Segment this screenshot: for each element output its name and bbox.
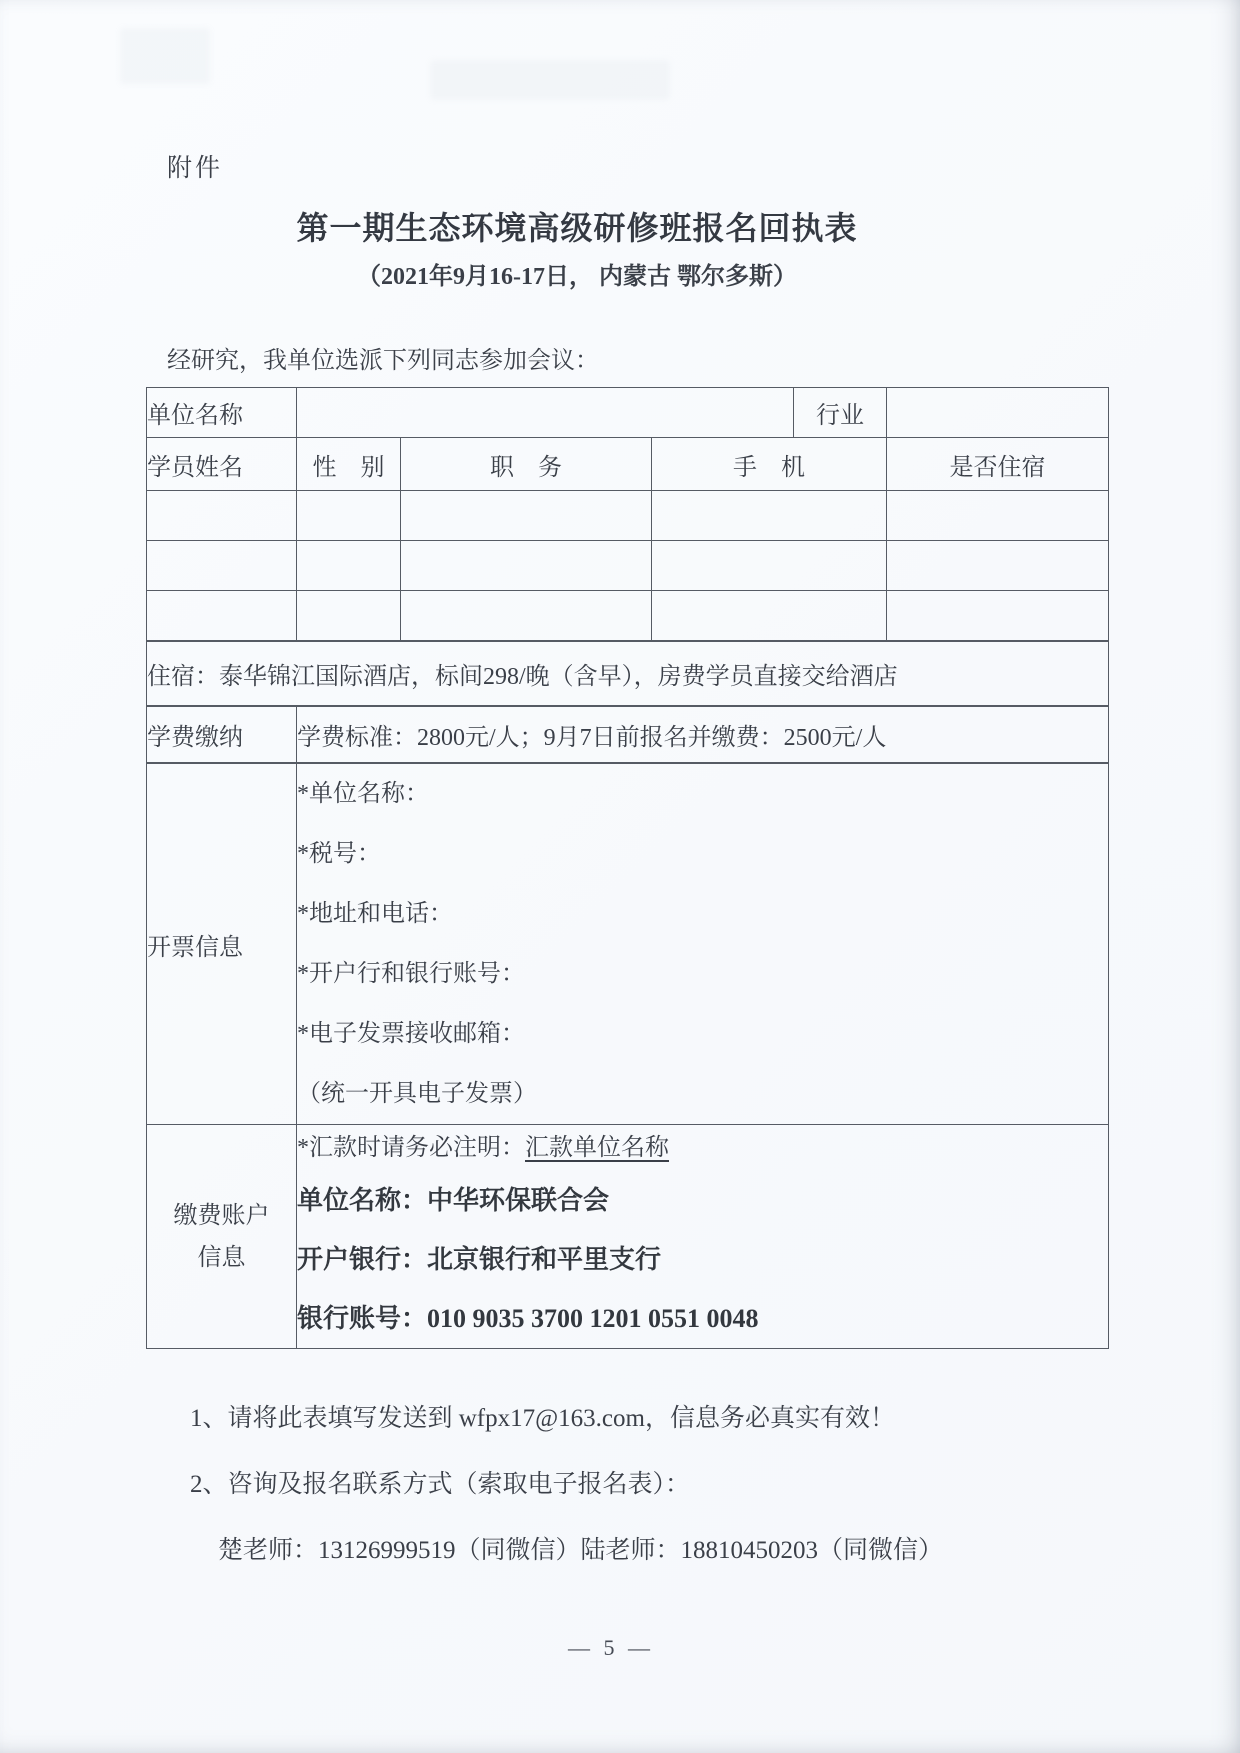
industry-label: 行业 xyxy=(794,388,887,438)
payee-bank: 开户银行：北京银行和平里支行 xyxy=(297,1230,1108,1289)
scan-bleedthrough-artifact xyxy=(430,60,670,100)
invoice-field-address-phone: *地址和电话： xyxy=(297,884,1108,944)
empty-cell xyxy=(401,541,652,591)
payment-account-details-cell: *汇款时请务必注明：汇款单位名称 单位名称：中华环保联合会 开户银行：北京银行和… xyxy=(297,1125,1109,1349)
unit-name-label: 单位名称 xyxy=(147,388,297,438)
invoice-fields-cell: *单位名称： *税号： *地址和电话： *开户行和银行账号： *电子发票接收邮箱… xyxy=(297,763,1109,1125)
note-contact-intro: 2、咨询及报名联系方式（索取电子报名表）： xyxy=(190,1471,1110,1499)
empty-cell xyxy=(652,591,887,642)
remittance-note: *汇款时请务必注明：汇款单位名称 xyxy=(297,1125,1108,1171)
empty-cell xyxy=(297,491,401,541)
empty-cell xyxy=(147,541,297,591)
unit-name-value-cell xyxy=(297,388,794,438)
roster-empty-row xyxy=(147,541,1109,591)
empty-cell xyxy=(887,541,1109,591)
payment-account-label-line2: 信息 xyxy=(147,1237,296,1279)
empty-cell xyxy=(887,491,1109,541)
empty-cell xyxy=(401,591,652,642)
invoice-field-unit-name: *单位名称： xyxy=(297,764,1108,824)
payee-unit-name: 单位名称：中华环保联合会 xyxy=(297,1171,1108,1230)
header-trainee-name: 学员姓名 xyxy=(147,438,297,491)
invoice-field-bank-account: *开户行和银行账号： xyxy=(297,944,1108,1004)
attachment-label: 附件 xyxy=(167,148,223,184)
note-send-form: 1、请将此表填写发送到 wfpx17@163.com，信息务必真实有效！ xyxy=(190,1405,1110,1433)
footer-notes: 1、请将此表填写发送到 wfpx17@163.com，信息务必真实有效！ 2、咨… xyxy=(190,1405,1110,1603)
page-number: — 5 — xyxy=(130,1635,1092,1661)
unit-name-row: 单位名称 行业 xyxy=(147,388,1109,438)
empty-cell xyxy=(147,591,297,642)
empty-cell xyxy=(652,541,887,591)
payee-account-number: 银行账号：010 9035 3700 1201 0551 0048 xyxy=(297,1289,1108,1348)
payment-account-row: 缴费账户 信息 *汇款时请务必注明：汇款单位名称 单位名称：中华环保联合会 开户… xyxy=(147,1125,1109,1349)
note-contact-teachers: 楚老师：13126999519（同微信）陆老师：18810450203（同微信） xyxy=(218,1537,1110,1565)
lodging-info: 住宿：泰华锦江国际酒店，标间298/晚（含早），房费学员直接交给酒店 xyxy=(147,641,1109,706)
invoice-note-electronic: （统一开具电子发票） xyxy=(297,1064,1108,1124)
tuition-row: 学费缴纳 学费标准：2800元/人；9月7日前报名并缴费：2500元/人 xyxy=(147,706,1109,763)
roster-empty-row xyxy=(147,591,1109,642)
tuition-label: 学费缴纳 xyxy=(147,706,297,763)
header-gender: 性 别 xyxy=(297,438,401,491)
roster-header-row: 学员姓名 性 别 职 务 手 机 是否住宿 xyxy=(147,438,1109,491)
empty-cell xyxy=(887,591,1109,642)
scan-bleedthrough-artifact xyxy=(120,28,210,84)
payment-account-label: 缴费账户 信息 xyxy=(147,1125,297,1349)
header-mobile: 手 机 xyxy=(652,438,887,491)
invoice-field-email: *电子发票接收邮箱： xyxy=(297,1004,1108,1064)
scanned-document-page: { "document": { "attachment_label": "附件"… xyxy=(0,0,1240,1753)
tuition-info: 学费标准：2800元/人；9月7日前报名并缴费：2500元/人 xyxy=(297,706,1109,763)
lodging-row: 住宿：泰华锦江国际酒店，标间298/晚（含早），房费学员直接交给酒店 xyxy=(147,641,1109,706)
header-position: 职 务 xyxy=(401,438,652,491)
empty-cell xyxy=(297,591,401,642)
roster-empty-row xyxy=(147,491,1109,541)
registration-form-table: 单位名称 行业 学员姓名 性 别 职 务 手 机 是否住宿 xyxy=(146,387,1109,1349)
page-subtitle: （2021年9月16-17日， 内蒙古 鄂尔多斯） xyxy=(96,256,1058,291)
empty-cell xyxy=(652,491,887,541)
empty-cell xyxy=(147,491,297,541)
industry-value-cell xyxy=(887,388,1109,438)
invoice-field-tax-id: *税号： xyxy=(297,824,1108,884)
remittance-note-prefix: *汇款时请务必注明： xyxy=(297,1135,525,1161)
empty-cell xyxy=(401,491,652,541)
invoice-row: 开票信息 *单位名称： *税号： *地址和电话： *开户行和银行账号： *电子发… xyxy=(147,763,1109,1125)
payment-account-label-line1: 缴费账户 xyxy=(147,1195,296,1237)
remittance-note-underlined: 汇款单位名称 xyxy=(525,1135,669,1161)
empty-cell xyxy=(297,541,401,591)
intro-sentence: 经研究，我单位选派下列同志参加会议： xyxy=(167,340,599,375)
page-title: 第一期生态环境高级研修班报名回执表 xyxy=(96,203,1058,249)
header-lodging-needed: 是否住宿 xyxy=(887,438,1109,491)
invoice-label: 开票信息 xyxy=(147,763,297,1125)
